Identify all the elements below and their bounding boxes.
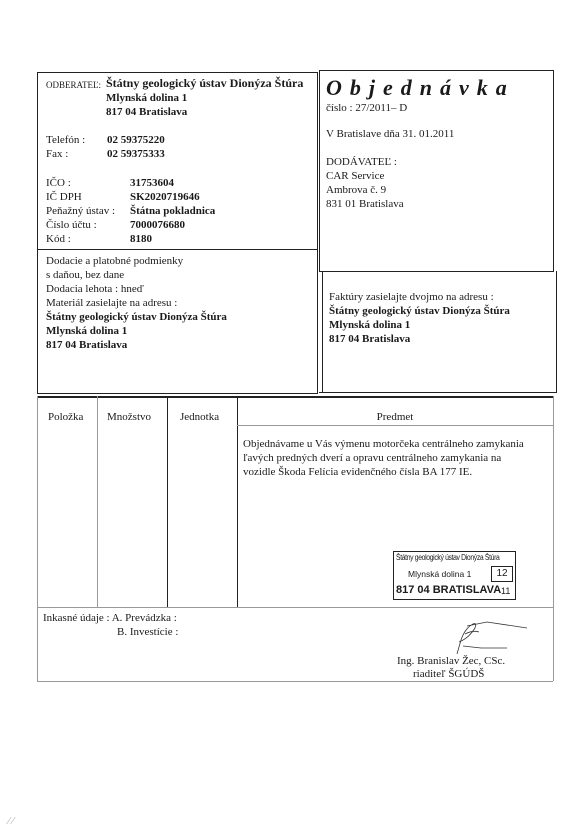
icdph-value: SK2020719646 bbox=[130, 190, 200, 204]
col-header-unit: Jednotka bbox=[180, 410, 219, 424]
table-top bbox=[37, 396, 554, 398]
terms-line-1: Dodacie a platobné podmienky bbox=[46, 254, 183, 268]
center-divider bbox=[317, 72, 318, 394]
code-value: 8180 bbox=[130, 232, 152, 246]
bank-value: Štátna pokladnica bbox=[130, 204, 215, 218]
invoice-name: Štátny geologický ústav Dionýza Štúra bbox=[329, 304, 510, 318]
header-row-line bbox=[237, 425, 553, 426]
collection-label: Inkasné údaje : A. Prevádzka : bbox=[43, 611, 177, 625]
investment-label: B. Investície : bbox=[117, 625, 178, 639]
supplier-city: 831 01 Bratislava bbox=[326, 197, 404, 211]
footer-bottom bbox=[37, 681, 553, 682]
material-address-name: Štátny geologický ústav Dionýza Štúra bbox=[46, 310, 227, 324]
ico-value: 31753604 bbox=[130, 176, 174, 190]
col-divider-3 bbox=[237, 396, 238, 607]
table-left bbox=[37, 396, 38, 681]
col-divider-1 bbox=[97, 396, 98, 607]
material-address-street: Mlynská dolina 1 bbox=[46, 324, 127, 338]
col-header-subject: Predmet bbox=[237, 410, 553, 424]
buyer-name: Štátny geologický ústav Dionýza Štúra bbox=[106, 76, 303, 90]
invoice-street: Mlynská dolina 1 bbox=[329, 318, 410, 332]
organization-stamp: Štátny geologický ústav Dionýza Štúra Ml… bbox=[393, 551, 516, 600]
col-header-item: Položka bbox=[48, 410, 83, 424]
left-bottom-line bbox=[37, 393, 318, 394]
buyer-box-left bbox=[37, 72, 38, 394]
fax-value: 02 59375333 bbox=[107, 147, 165, 161]
buyer-label: ODBERATEĽ: bbox=[46, 78, 101, 92]
invoice-label: Faktúry zasielajte dvojmo na adresu : bbox=[329, 290, 494, 304]
stamp-number-box: 12 bbox=[491, 566, 513, 582]
subject-line-2: ľavých predných dverí a opravu centrálne… bbox=[243, 451, 501, 465]
account-value: 7000076680 bbox=[130, 218, 185, 232]
ico-label: IČO : bbox=[46, 176, 71, 190]
code-label: Kód : bbox=[46, 232, 71, 246]
invoice-box-left bbox=[322, 271, 323, 393]
delivery-term: Dodacia lehota : hneď bbox=[46, 282, 144, 296]
order-box-top bbox=[319, 70, 554, 71]
stamp-line-1: Štátny geologický ústav Dionýza Štúra bbox=[396, 553, 499, 562]
signature-icon bbox=[447, 618, 537, 658]
invoice-city: 817 04 Bratislava bbox=[329, 332, 410, 346]
order-box-left bbox=[319, 70, 320, 272]
table-bottom bbox=[37, 607, 553, 608]
account-label: Číslo účtu : bbox=[46, 218, 97, 232]
material-address-city: 817 04 Bratislava bbox=[46, 338, 127, 352]
buyer-street: Mlynská dolina 1 bbox=[106, 91, 187, 105]
col-header-quantity: Množstvo bbox=[107, 410, 151, 424]
stamp-suffix: 11 bbox=[501, 586, 510, 596]
order-box-right bbox=[553, 70, 554, 272]
phone-value: 02 59375220 bbox=[107, 133, 165, 147]
signatory-title: riaditeľ ŠGÚDŠ bbox=[413, 667, 484, 681]
supplier-street: Ambrova č. 9 bbox=[326, 183, 386, 197]
buyer-terms-divider bbox=[37, 249, 318, 250]
document-title: Objednávka bbox=[326, 76, 515, 100]
icdph-label: IČ DPH bbox=[46, 190, 82, 204]
signatory-name: Ing. Branislav Žec, CSc. bbox=[397, 654, 505, 668]
subject-line-1: Objednávame u Vás výmenu motorčeka centr… bbox=[243, 437, 524, 451]
invoice-box-bottom bbox=[319, 392, 557, 393]
terms-line-2: s daňou, bez dane bbox=[46, 268, 124, 282]
bank-label: Peňažný ústav : bbox=[46, 204, 115, 218]
buyer-box-top bbox=[37, 72, 317, 73]
phone-label: Telefón : bbox=[46, 133, 85, 147]
supplier-label: DODÁVATEĽ : bbox=[326, 155, 397, 169]
subject-line-3: vozidle Škoda Felícia evidenčného čísla … bbox=[243, 465, 472, 479]
stamp-line-3: 817 04 BRATISLAVA bbox=[396, 584, 501, 596]
order-place-date: V Bratislave dňa 31. 01.2011 bbox=[326, 127, 454, 141]
table-right bbox=[553, 396, 554, 681]
fax-label: Fax : bbox=[46, 147, 68, 161]
order-box-bottom bbox=[319, 271, 554, 272]
order-number: číslo : 27/2011– D bbox=[326, 101, 407, 115]
invoice-box-right bbox=[556, 271, 557, 393]
supplier-name: CAR Service bbox=[326, 169, 384, 183]
stamp-line-2: Mlynská dolina 1 bbox=[408, 569, 471, 579]
margin-mark: ⁄ ⁄ bbox=[8, 815, 14, 829]
material-address-label: Materiál zasielajte na adresu : bbox=[46, 296, 177, 310]
buyer-city: 817 04 Bratislava bbox=[106, 105, 187, 119]
col-divider-2 bbox=[167, 396, 168, 607]
